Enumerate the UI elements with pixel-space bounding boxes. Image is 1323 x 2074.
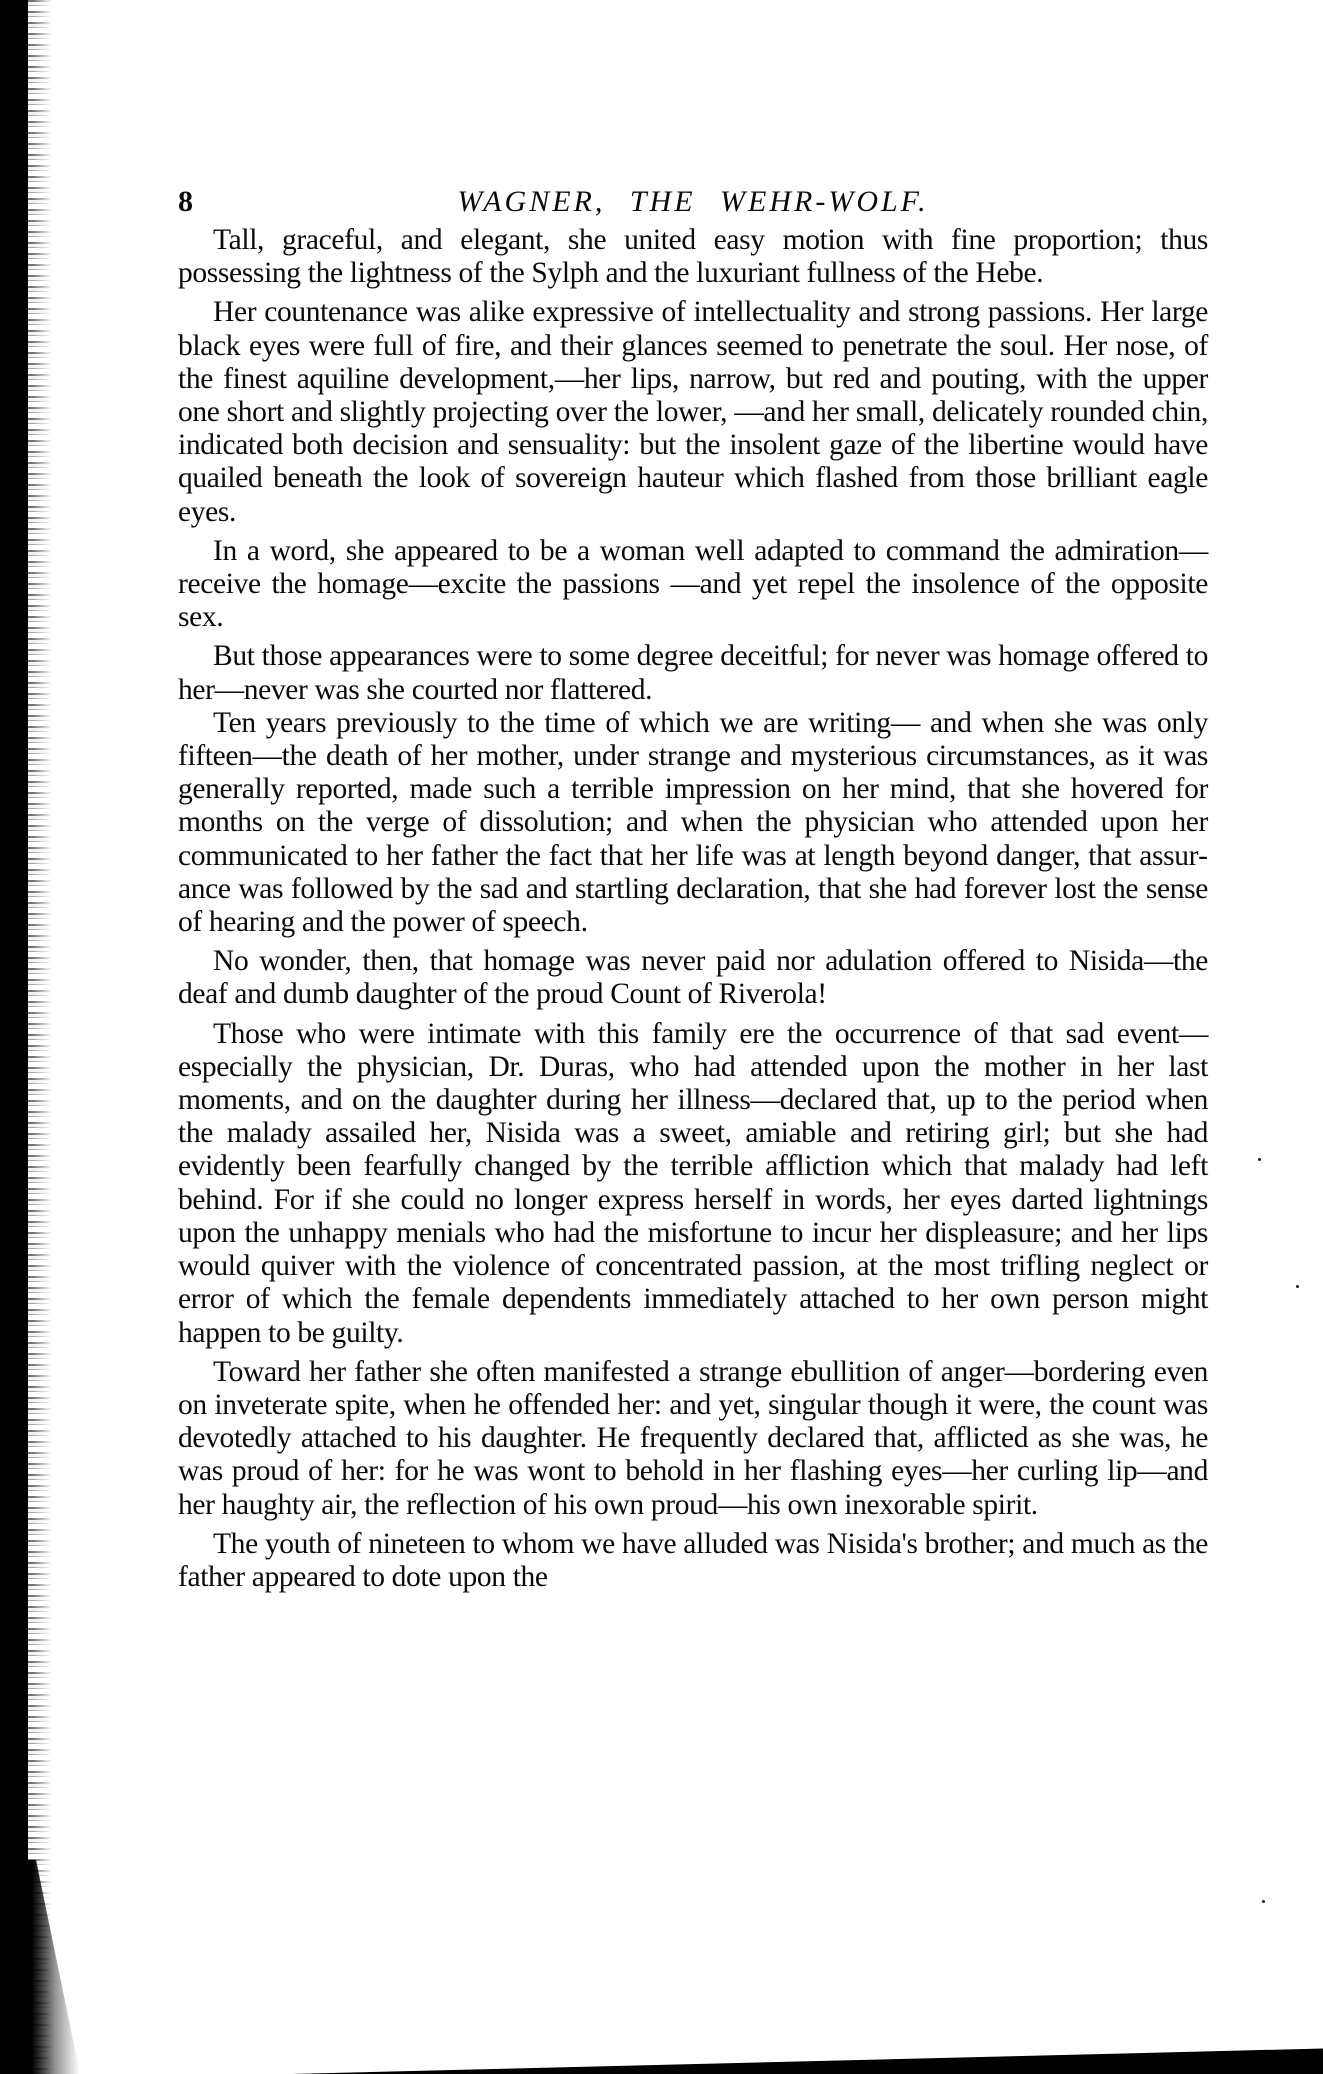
scan-binding-fray <box>22 0 52 2074</box>
paragraph: In a word, she appeared to be a woman we… <box>178 535 1208 635</box>
paragraph: No wonder, then, that homage was never p… <box>178 945 1208 1011</box>
scan-binding-shadow <box>0 1860 80 2074</box>
paragraph: Ten years previously to the time of whic… <box>178 707 1208 939</box>
scan-bottom-shadow <box>0 2048 1323 2074</box>
paragraph: But those appearances were to some degre… <box>178 640 1208 706</box>
paragraph: The youth of nineteen to whom we have al… <box>178 1528 1208 1594</box>
running-head: 8 WAGNER, THE WEHR-WOLF. <box>178 184 1208 224</box>
paragraph: Her countenance was alike expressive of … <box>178 296 1208 528</box>
body-text: Tall, graceful, and elegant, she united … <box>178 224 1208 1600</box>
scan-speck <box>1258 1158 1261 1161</box>
scan-speck <box>1262 1900 1265 1903</box>
paragraph: Toward her father she often manifested a… <box>178 1356 1208 1522</box>
page-number: 8 <box>178 184 193 220</box>
paragraph: Tall, graceful, and elegant, she united … <box>178 224 1208 290</box>
scan-speck <box>1296 1285 1299 1288</box>
running-title: WAGNER, THE WEHR-WOLF. <box>333 184 1053 220</box>
paragraph: Those who were intimate with this family… <box>178 1018 1208 1350</box>
